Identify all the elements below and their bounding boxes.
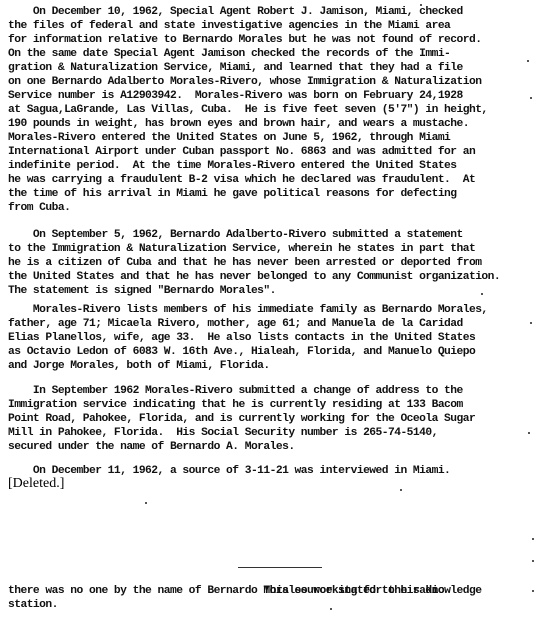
scan-speck xyxy=(420,4,422,6)
text-line: on one Bernardo Adalberto Morales-Rivero… xyxy=(8,75,481,89)
text-line: On September 5, 1962, Bernardo Adalberto… xyxy=(8,228,463,242)
text-line: station. xyxy=(8,598,58,612)
text-line: Service number is A12903942. Morales-Riv… xyxy=(8,89,463,103)
text-line: for information relative to Bernardo Mor… xyxy=(8,33,481,47)
text-line: On the same date Special Agent Jamison c… xyxy=(8,47,450,61)
scan-speck xyxy=(532,538,534,540)
text-line: there was no one by the name of Bernardo… xyxy=(8,584,444,598)
text-line: from Cuba. xyxy=(8,201,70,215)
scan-speck xyxy=(145,502,147,504)
document-page: On December 10, 1962, Special Agent Robe… xyxy=(0,0,537,617)
text-line: International Airport under Cuban passpo… xyxy=(8,145,475,159)
text-line: On December 11, 1962, a source of 3-11-2… xyxy=(8,464,450,478)
scan-speck xyxy=(530,322,532,324)
text-line: as Octavio Ledon of 6083 W. 16th Ave., H… xyxy=(8,345,475,359)
scan-speck xyxy=(330,608,332,610)
scan-speck xyxy=(530,97,532,99)
text-line: indefinite period. At the time Morales-R… xyxy=(8,159,457,173)
text-line: 190 pounds in weight, has brown eyes and… xyxy=(8,117,469,131)
text-line: and Jorge Morales, both of Miami, Florid… xyxy=(8,359,270,373)
text-line: The statement is signed "Bernardo Morale… xyxy=(8,284,276,298)
text-line: gration & Naturalization Service, Miami,… xyxy=(8,61,463,75)
text-line: Morales-Rivero lists members of his imme… xyxy=(8,303,488,317)
redaction-edge-line xyxy=(238,567,322,568)
text-line: Immigration service indicating that he i… xyxy=(8,398,463,412)
text-line: he was carrying a fraudulent B-2 visa wh… xyxy=(8,173,475,187)
text-line: Point Road, Pahokee, Florida, and is cur… xyxy=(8,412,475,426)
text-line: the United States and that he has never … xyxy=(8,270,500,284)
text-line: the time of his arrival in Miami he gave… xyxy=(8,187,457,201)
text-line: Elias Planellos, wife, age 33. He also l… xyxy=(8,331,475,345)
text-line: Mill in Pahokee, Florida. His Social Sec… xyxy=(8,426,438,440)
scan-speck xyxy=(527,60,529,62)
scan-speck xyxy=(528,432,530,434)
text-line: at Sagua,LaGrande, Las Villas, Cuba. He … xyxy=(8,103,488,117)
text-line: he is a citizen of Cuba and that he has … xyxy=(8,256,481,270)
text-line: On December 10, 1962, Special Agent Robe… xyxy=(8,5,463,19)
scan-speck xyxy=(400,489,402,491)
deleted-marker: [Deleted.] xyxy=(8,477,64,491)
text-line: father, age 71; Micaela Rivero, mother, … xyxy=(8,317,463,331)
text-line: to the Immigration & Naturalization Serv… xyxy=(8,242,475,256)
text-line: secured under the name of Bernardo A. Mo… xyxy=(8,440,295,454)
scan-speck xyxy=(532,590,534,592)
text-line: Morales-Rivero entered the United States… xyxy=(8,131,450,145)
scan-speck xyxy=(481,293,483,295)
text-line: In September 1962 Morales-Rivero submitt… xyxy=(8,384,463,398)
text-line: the files of federal and state investiga… xyxy=(8,19,450,33)
scan-speck xyxy=(532,560,534,562)
